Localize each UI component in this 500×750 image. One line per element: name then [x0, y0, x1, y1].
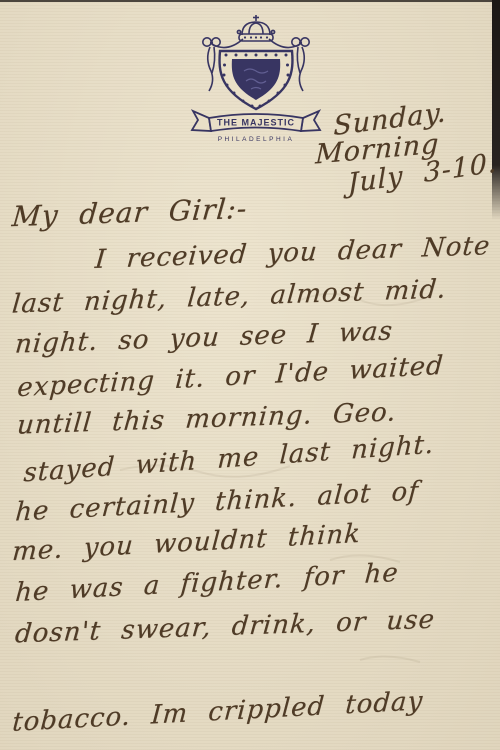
scan-edge-top: [0, 0, 500, 2]
handwritten-line: untill this morning. Geo.: [16, 397, 398, 440]
hotel-name-label: THE MAJESTIC: [217, 118, 295, 128]
handwritten-line: he was a fighter. for he: [14, 558, 399, 608]
handwritten-line: me. you wouldnt think: [11, 519, 362, 567]
handwritten-line: tobacco. Im crippled today: [11, 686, 424, 738]
ribbon-bow-left: [203, 38, 220, 91]
handwritten-line: dosn't swear, drink, or use: [14, 605, 436, 650]
handwritten-line: last night, late, almost mid.: [11, 274, 448, 319]
crown-icon: [237, 15, 274, 41]
scanned-letter-page: THE MAJESTIC PHILADELPHIA Sunday. Mornin…: [0, 0, 500, 750]
city-label: PHILADELPHIA: [218, 136, 295, 143]
scan-edge-right: [492, 0, 500, 220]
ribbon-bow-right: [292, 38, 309, 91]
letterhead-crest: THE MAJESTIC PHILADELPHIA: [181, 13, 331, 145]
handwritten-line: I received you dear Note: [94, 231, 492, 275]
salutation: My dear Girl:-: [11, 192, 249, 233]
handwritten-line: night. so you see I was: [14, 316, 394, 359]
handwritten-line: expecting it. or I'de waited: [16, 351, 444, 403]
